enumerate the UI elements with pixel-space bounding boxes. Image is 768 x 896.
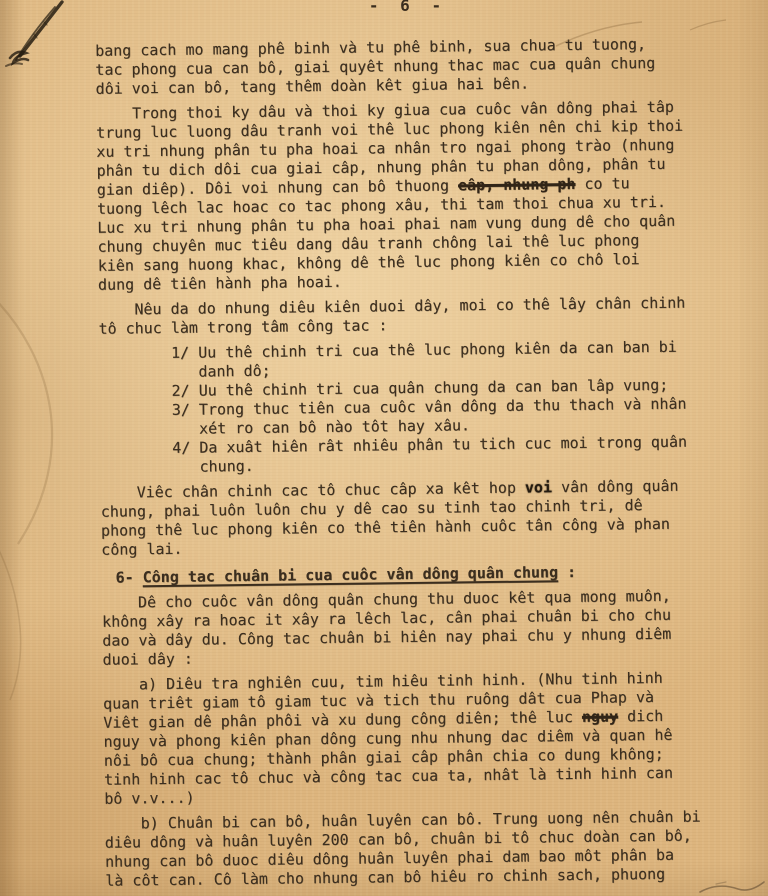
crease-mark bbox=[0, 296, 52, 700]
text-segment: : bbox=[558, 563, 576, 581]
numbered-list: 1/ Uu thê chinh tri cua thê luc phong ki… bbox=[99, 337, 726, 478]
text-line: 6- Công tac chuân bi cua cuôc vân dông q… bbox=[115, 561, 726, 587]
text-segment: co tu bbox=[575, 174, 629, 193]
text-segment: tô chuc làm trong tâm công tac : bbox=[98, 316, 387, 338]
paragraph-2: Trong thoi ky dâu và thoi ky giua cua cu… bbox=[96, 97, 723, 295]
paragraph-a: a) Diêu tra nghiên cuu, tim hiêu tinh hi… bbox=[103, 668, 730, 809]
text-segment: vân dông quân bbox=[552, 477, 679, 497]
paragraph-1: bang cach mo mang phê binh và tu phê bin… bbox=[95, 34, 721, 99]
underlined-heading-text: Công tac chuân bi cua cuôc vân dông quân… bbox=[143, 563, 559, 586]
paragraph-b: b) Chuân bi can bô, huân luyên can bô. T… bbox=[104, 807, 730, 891]
text-segment: duoi dây : bbox=[102, 650, 193, 669]
text-segment: 6- bbox=[115, 568, 142, 586]
text-segment: chung. bbox=[100, 457, 254, 477]
section-heading: 6- Công tac chuân bi cua cuôc vân dông q… bbox=[115, 561, 726, 587]
text-segment: danh dô; bbox=[99, 362, 271, 382]
paragraph-4: Viêc chân chinh cac tô chuc câp xa kêt h… bbox=[100, 476, 726, 560]
text-segment: voi bbox=[525, 478, 552, 496]
text-segment: dung dê tiên hành pha hoai. bbox=[98, 273, 342, 294]
paragraph-3: Nêu da do nhung diêu kiên duoi dây, moi … bbox=[98, 293, 723, 339]
struck-text: nguy bbox=[582, 707, 618, 725]
struck-text: eâp, nhung ph bbox=[458, 175, 576, 194]
typewritten-text: bang cach mo mang phê binh và tu phê bin… bbox=[95, 34, 730, 891]
pencil-squiggle-mark bbox=[700, 882, 764, 892]
paragraph-5: Dê cho cuôc vân dông quân chung thu duoc… bbox=[102, 586, 728, 670]
text-segment: bô v.v...) bbox=[104, 789, 195, 808]
text-segment: dich bbox=[618, 707, 663, 726]
text-segment: công lai. bbox=[101, 540, 182, 559]
document-page: - 6 - bang cach mo mang phê binh và tu p… bbox=[0, 0, 768, 896]
page-number: - 6 - bbox=[0, 0, 768, 15]
